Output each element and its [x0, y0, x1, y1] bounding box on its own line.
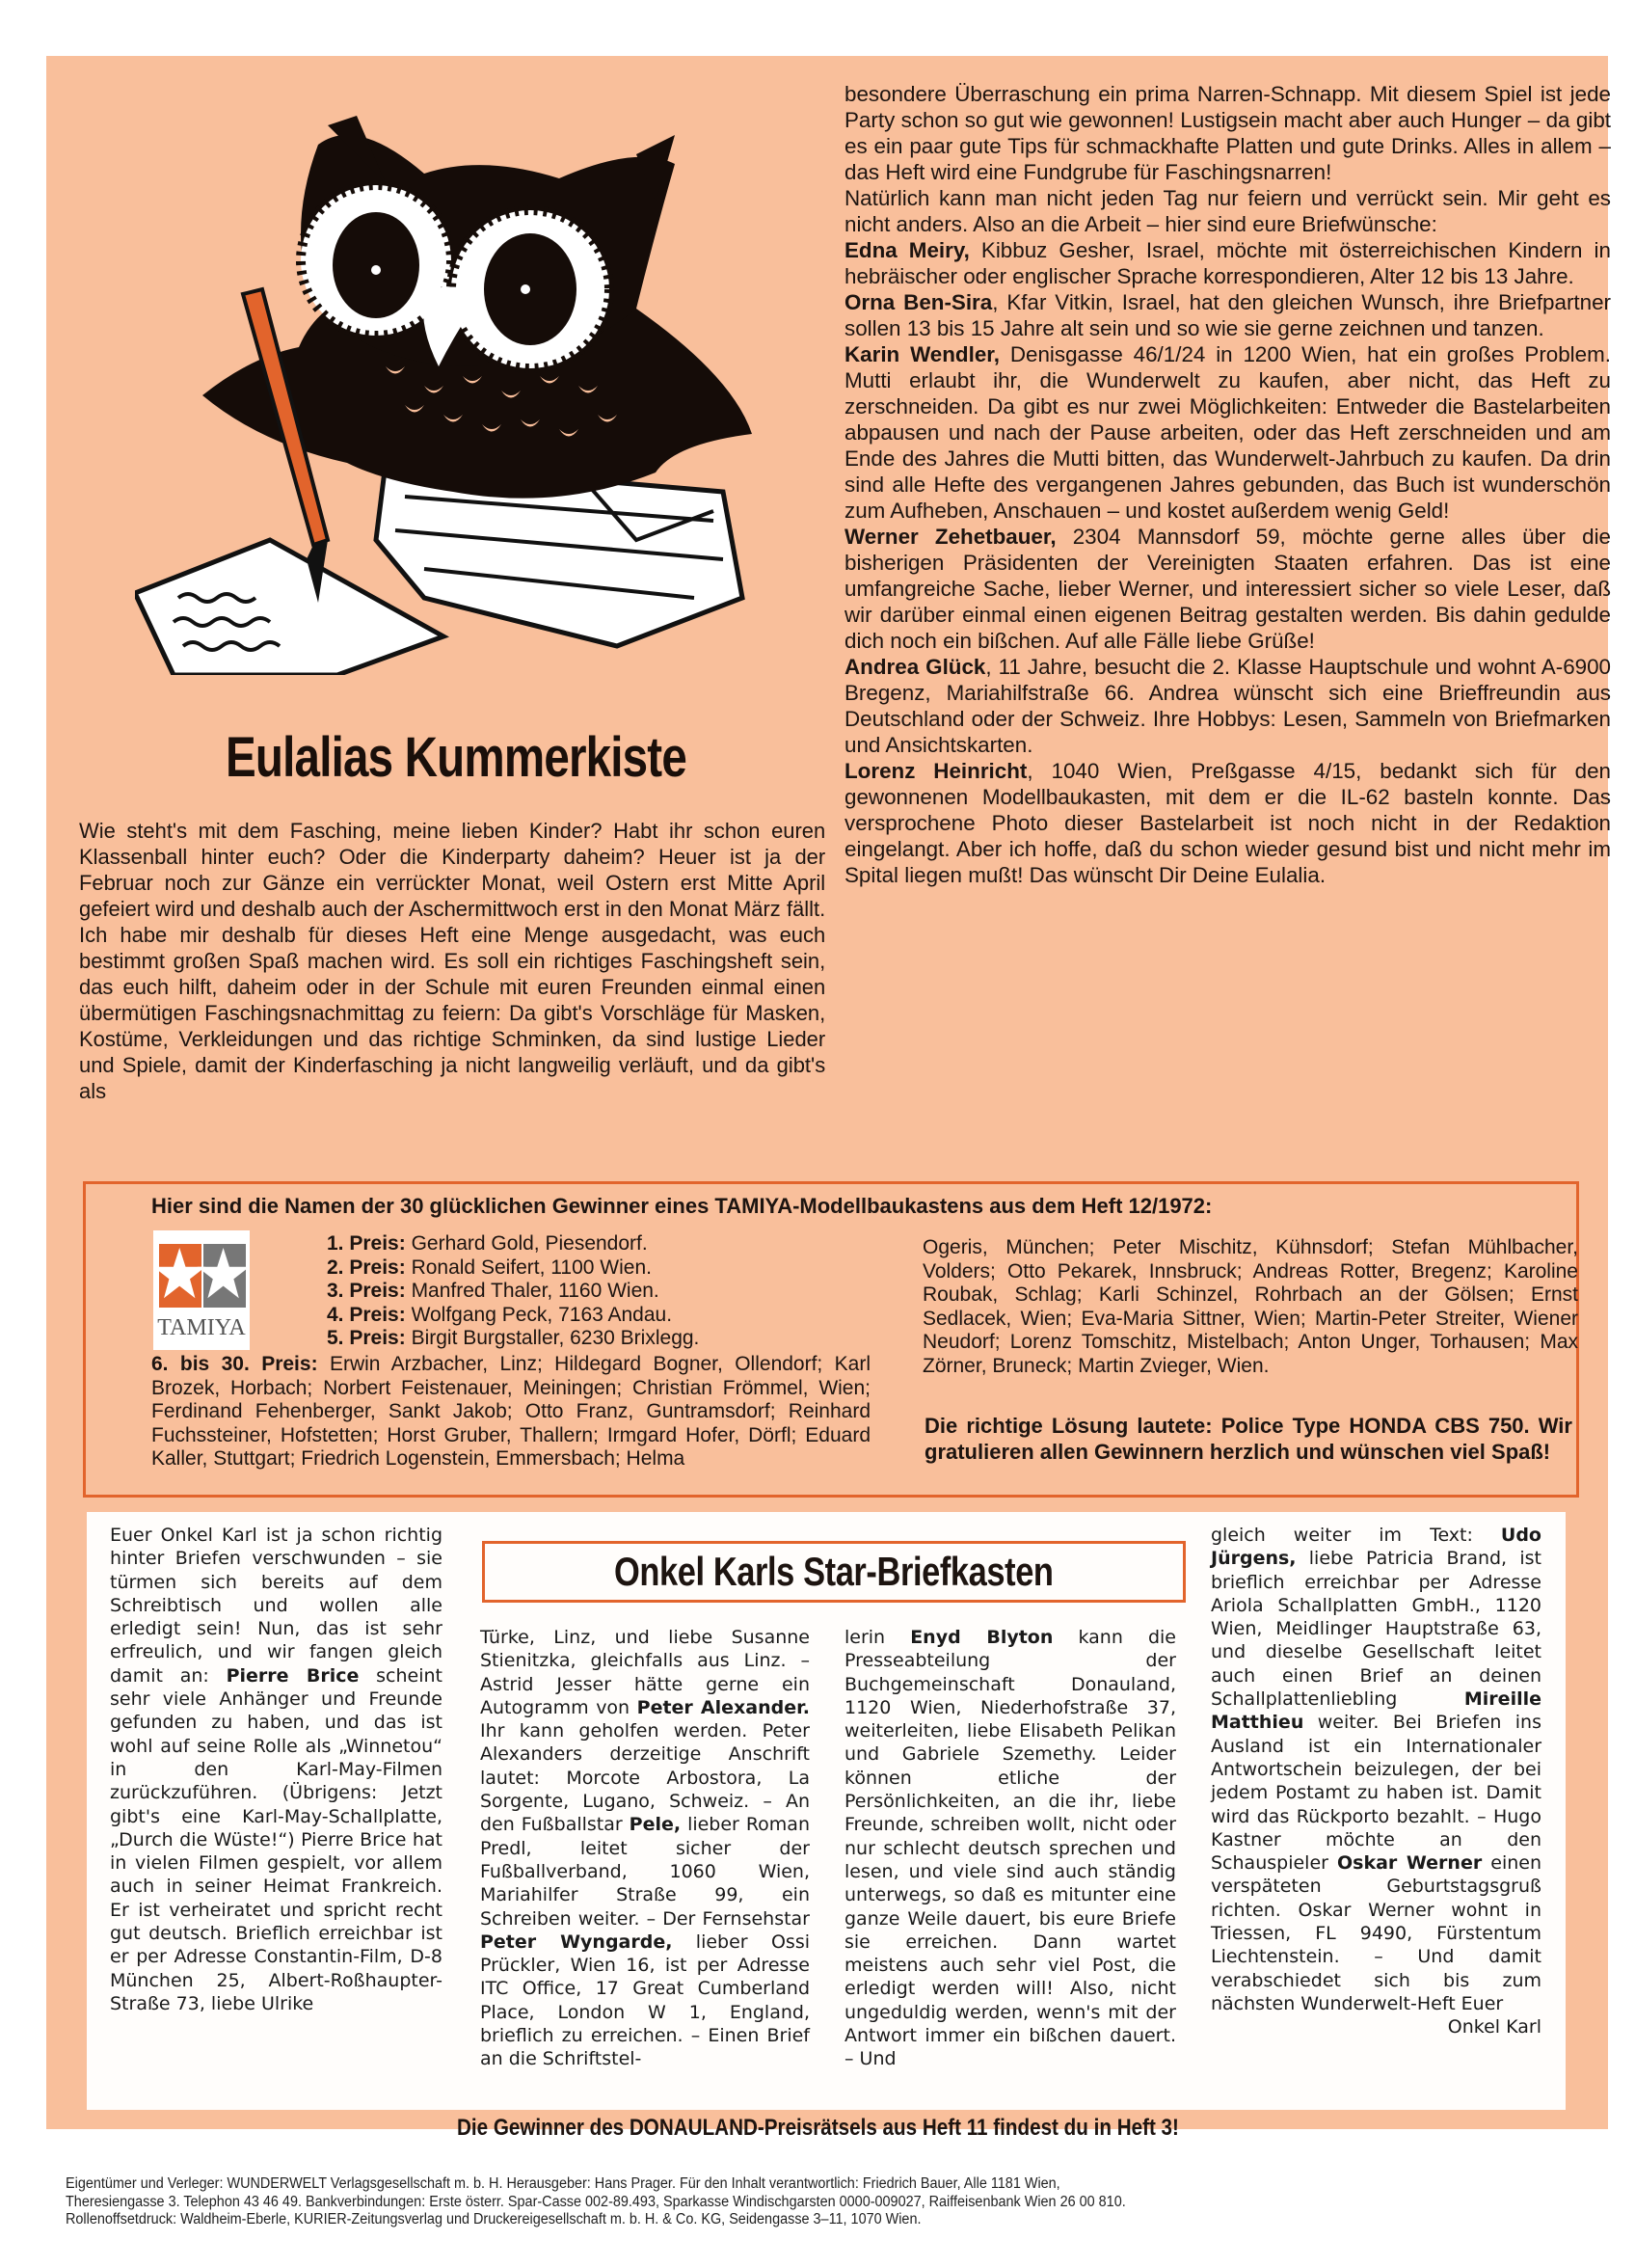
star-name: Peter Alexander. — [637, 1697, 810, 1718]
imprint-line: Eigentümer und Verleger: WUNDERWELT Verl… — [66, 2175, 1464, 2194]
mailbox-column-3: lerin Enyd Blyton kann die Presseabteilu… — [844, 1626, 1176, 2071]
section-title: Onkel Karls Star-Briefkasten — [614, 1544, 1054, 1600]
letter-item: Karin Wendler, Denisgasse 46/1/24 in 120… — [844, 341, 1611, 524]
mailbox-column-2: Türke, Linz, und liebe Susanne Stienitzk… — [480, 1626, 810, 2071]
eulalia-intro: Wie steht's mit dem Fasching, meine lieb… — [79, 818, 825, 1104]
star-name: Peter Wyngarde, — [480, 1931, 672, 1953]
mailbox-column-1: Euer Onkel Karl ist ja schon richtig hin… — [110, 1524, 442, 2015]
letter-item: Andrea Glück, 11 Jahre, besucht die 2. K… — [844, 654, 1611, 758]
svg-text:TAMIYA: TAMIYA — [157, 1315, 246, 1340]
letter-sender: Orna Ben-Sira — [844, 290, 992, 314]
transition-paragraph: Natürlich kann man nicht jeden Tag nur f… — [844, 185, 1611, 237]
imprint-line: Rollenoffsetdruck: Waldheim-Eberle, KURI… — [66, 2211, 1464, 2229]
winners-heading: Hier sind die Namen der 30 glücklichen G… — [151, 1194, 1212, 1219]
mailbox-column-4: gleich weiter im Text: Udo Jürgens, lieb… — [1211, 1524, 1541, 2039]
letter-sender: Karin Wendler, — [844, 342, 1000, 366]
letter-item: Edna Meiry, Kibbuz Gesher, Israel, möcht… — [844, 237, 1611, 289]
donauland-notice: Die Gewinner des DONAULAND-Preisrätsels … — [0, 2115, 1635, 2142]
prize-list: 1. Preis: Gerhard Gold, Piesendorf. 2. P… — [327, 1232, 699, 1351]
letter-item: Orna Ben-Sira, Kfar Vitkin, Israel, hat … — [844, 289, 1611, 341]
prize-item: 5. Preis: Birgit Burgstaller, 6230 Brixl… — [327, 1327, 699, 1351]
mailbox-text: einen verspäteten Geburtstagsgruß richte… — [1211, 1852, 1541, 2014]
letter-sender: Lorenz Heinricht — [844, 759, 1027, 783]
intro-paragraph: Wie steht's mit dem Fasching, meine lieb… — [79, 818, 825, 1104]
winners-box: Hier sind die Namen der 30 glücklichen G… — [83, 1181, 1579, 1498]
intro-continuation: besondere Überraschung ein prima Narren-… — [844, 81, 1611, 185]
letter-sender: Edna Meiry, — [844, 238, 970, 262]
section-title-box: Onkel Karls Star-Briefkasten — [482, 1541, 1186, 1603]
page-title: Eulalias Kummerkiste — [191, 725, 720, 790]
star-name: Enyd Blyton — [910, 1627, 1053, 1648]
mailbox-text: scheint sehr viele Anhänger und Freunde … — [110, 1665, 442, 2014]
letter-item: Werner Zehetbauer, 2304 Mannsdorf 59, mö… — [844, 524, 1611, 654]
mailbox-text: kann die Presseabteilung der Buchgemeins… — [844, 1627, 1176, 2069]
owl-writing-letter-icon — [135, 58, 771, 675]
mailbox-text: gleich weiter im Text: — [1211, 1525, 1501, 1546]
prize-item: 3. Preis: Manfred Thaler, 1160 Wien. — [327, 1280, 699, 1304]
remaining-winners-left: 6. bis 30. Preis: Erwin Arzbacher, Linz;… — [151, 1353, 871, 1471]
imprint: Eigentümer und Verleger: WUNDERWELT Verl… — [66, 2175, 1569, 2229]
prize-item: 1. Preis: Gerhard Gold, Piesendorf. — [327, 1232, 699, 1256]
remaining-winners-right: Ogeris, München; Peter Mischitz, Kühnsdo… — [923, 1236, 1578, 1378]
letter-item: Lorenz Heinricht, 1040 Wien, Preßgasse 4… — [844, 758, 1611, 888]
letter-text: Denisgasse 46/1/24 in 1200 Wien, hat ein… — [844, 342, 1611, 523]
imprint-line: Theresiengasse 3. Telephon 43 46 49. Ban… — [66, 2194, 1464, 2212]
solution-text: Die richtige Lösung lautete: Police Type… — [925, 1413, 1572, 1465]
star-name: Pierre Brice — [227, 1665, 360, 1687]
star-name: Pele, — [630, 1814, 681, 1835]
mailbox-text: lerin — [844, 1627, 910, 1648]
star-name: Oskar Werner — [1337, 1852, 1482, 1874]
prize-item: 2. Preis: Ronald Seifert, 1100 Wien. — [327, 1256, 699, 1281]
mailbox-text: weiter. Bei Briefen ins Ausland ist ein … — [1211, 1712, 1541, 1874]
letter-sender: Andrea Glück — [844, 655, 985, 679]
eulalia-letters-column: besondere Überraschung ein prima Narren-… — [844, 81, 1611, 888]
letter-sender: Werner Zehetbauer, — [844, 525, 1057, 549]
prize-item: 4. Preis: Wolfgang Peck, 7163 Andau. — [327, 1304, 699, 1328]
mailbox-text: liebe Patricia Brand, ist brieflich erre… — [1211, 1548, 1541, 1710]
signature: Onkel Karl — [1211, 2015, 1541, 2038]
tamiya-stars-logo-icon: TAMIYA — [153, 1230, 250, 1350]
mailbox-text: Euer Onkel Karl ist ja schon richtig hin… — [110, 1525, 442, 1687]
